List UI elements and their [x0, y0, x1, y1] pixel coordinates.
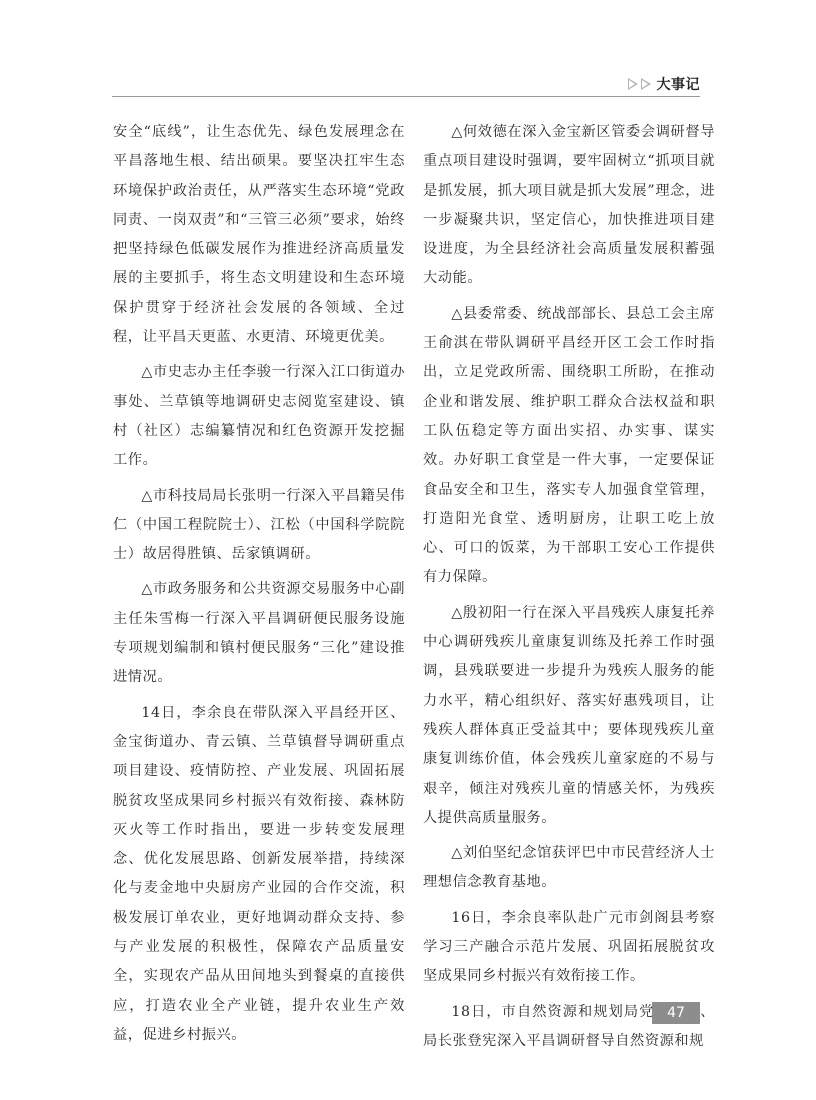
header-section-label: 大事记 — [628, 74, 701, 94]
paragraph: △刘伯坚纪念馆获评巴中市民营经济人士理想信念教育基地。 — [423, 839, 715, 898]
paragraph: 14日，李余良在带队深入平昌经开区、金宝街道办、青云镇、兰草镇督导调研重点项目建… — [113, 699, 405, 1051]
left-column: 安全“底线”，让生态优先、绿色发展理念在平昌落地生根、结出硕果。要坚决扛牢生态环… — [113, 118, 405, 1056]
right-column: △何效德在深入金宝新区管委会调研督导重点项目建设时强调，要牢固树立“抓项目就是抓… — [423, 118, 715, 1062]
paragraph: △何效德在深入金宝新区管委会调研督导重点项目建设时强调，要牢固树立“抓项目就是抓… — [423, 118, 715, 294]
paragraph: △殷初阳一行在深入平昌残疾人康复托养中心调研残疾儿童康复训练及托养工作时强调，县… — [423, 599, 715, 833]
triangle-right-outline-icon — [628, 78, 638, 90]
paragraph-continued: 安全“底线”，让生态优先、绿色发展理念在平昌落地生根、结出硕果。要坚决扛牢生态环… — [113, 118, 405, 352]
paragraph: △市科技局局长张明一行深入平昌籍吴伟仁（中国工程院院士）、江松（中国科学院院士）… — [113, 482, 405, 570]
paragraph: 16日，李余良率队赴广元市剑阁县考察学习三产融合示范片发展、巩固拓展脱贫攻坚成果… — [423, 904, 715, 992]
running-header: 大事记 — [112, 70, 700, 97]
section-title: 大事记 — [657, 74, 701, 94]
paragraph: △市政务服务和公共资源交易服务中心副主任朱雪梅一行深入平昌调研便民服务设施专项规… — [113, 575, 405, 692]
paragraph: △县委常委、统战部部长、县总工会主席王俞淇在带队调研平昌经开区工会工作时指出，立… — [423, 300, 715, 593]
triangle-right-outline-icon — [641, 78, 651, 90]
paragraph: △市史志办主任李骏一行深入江口街道办事处、兰草镇等地调研史志阅览室建设、镇村（社… — [113, 358, 405, 475]
page-number: 47 — [652, 1002, 700, 1024]
